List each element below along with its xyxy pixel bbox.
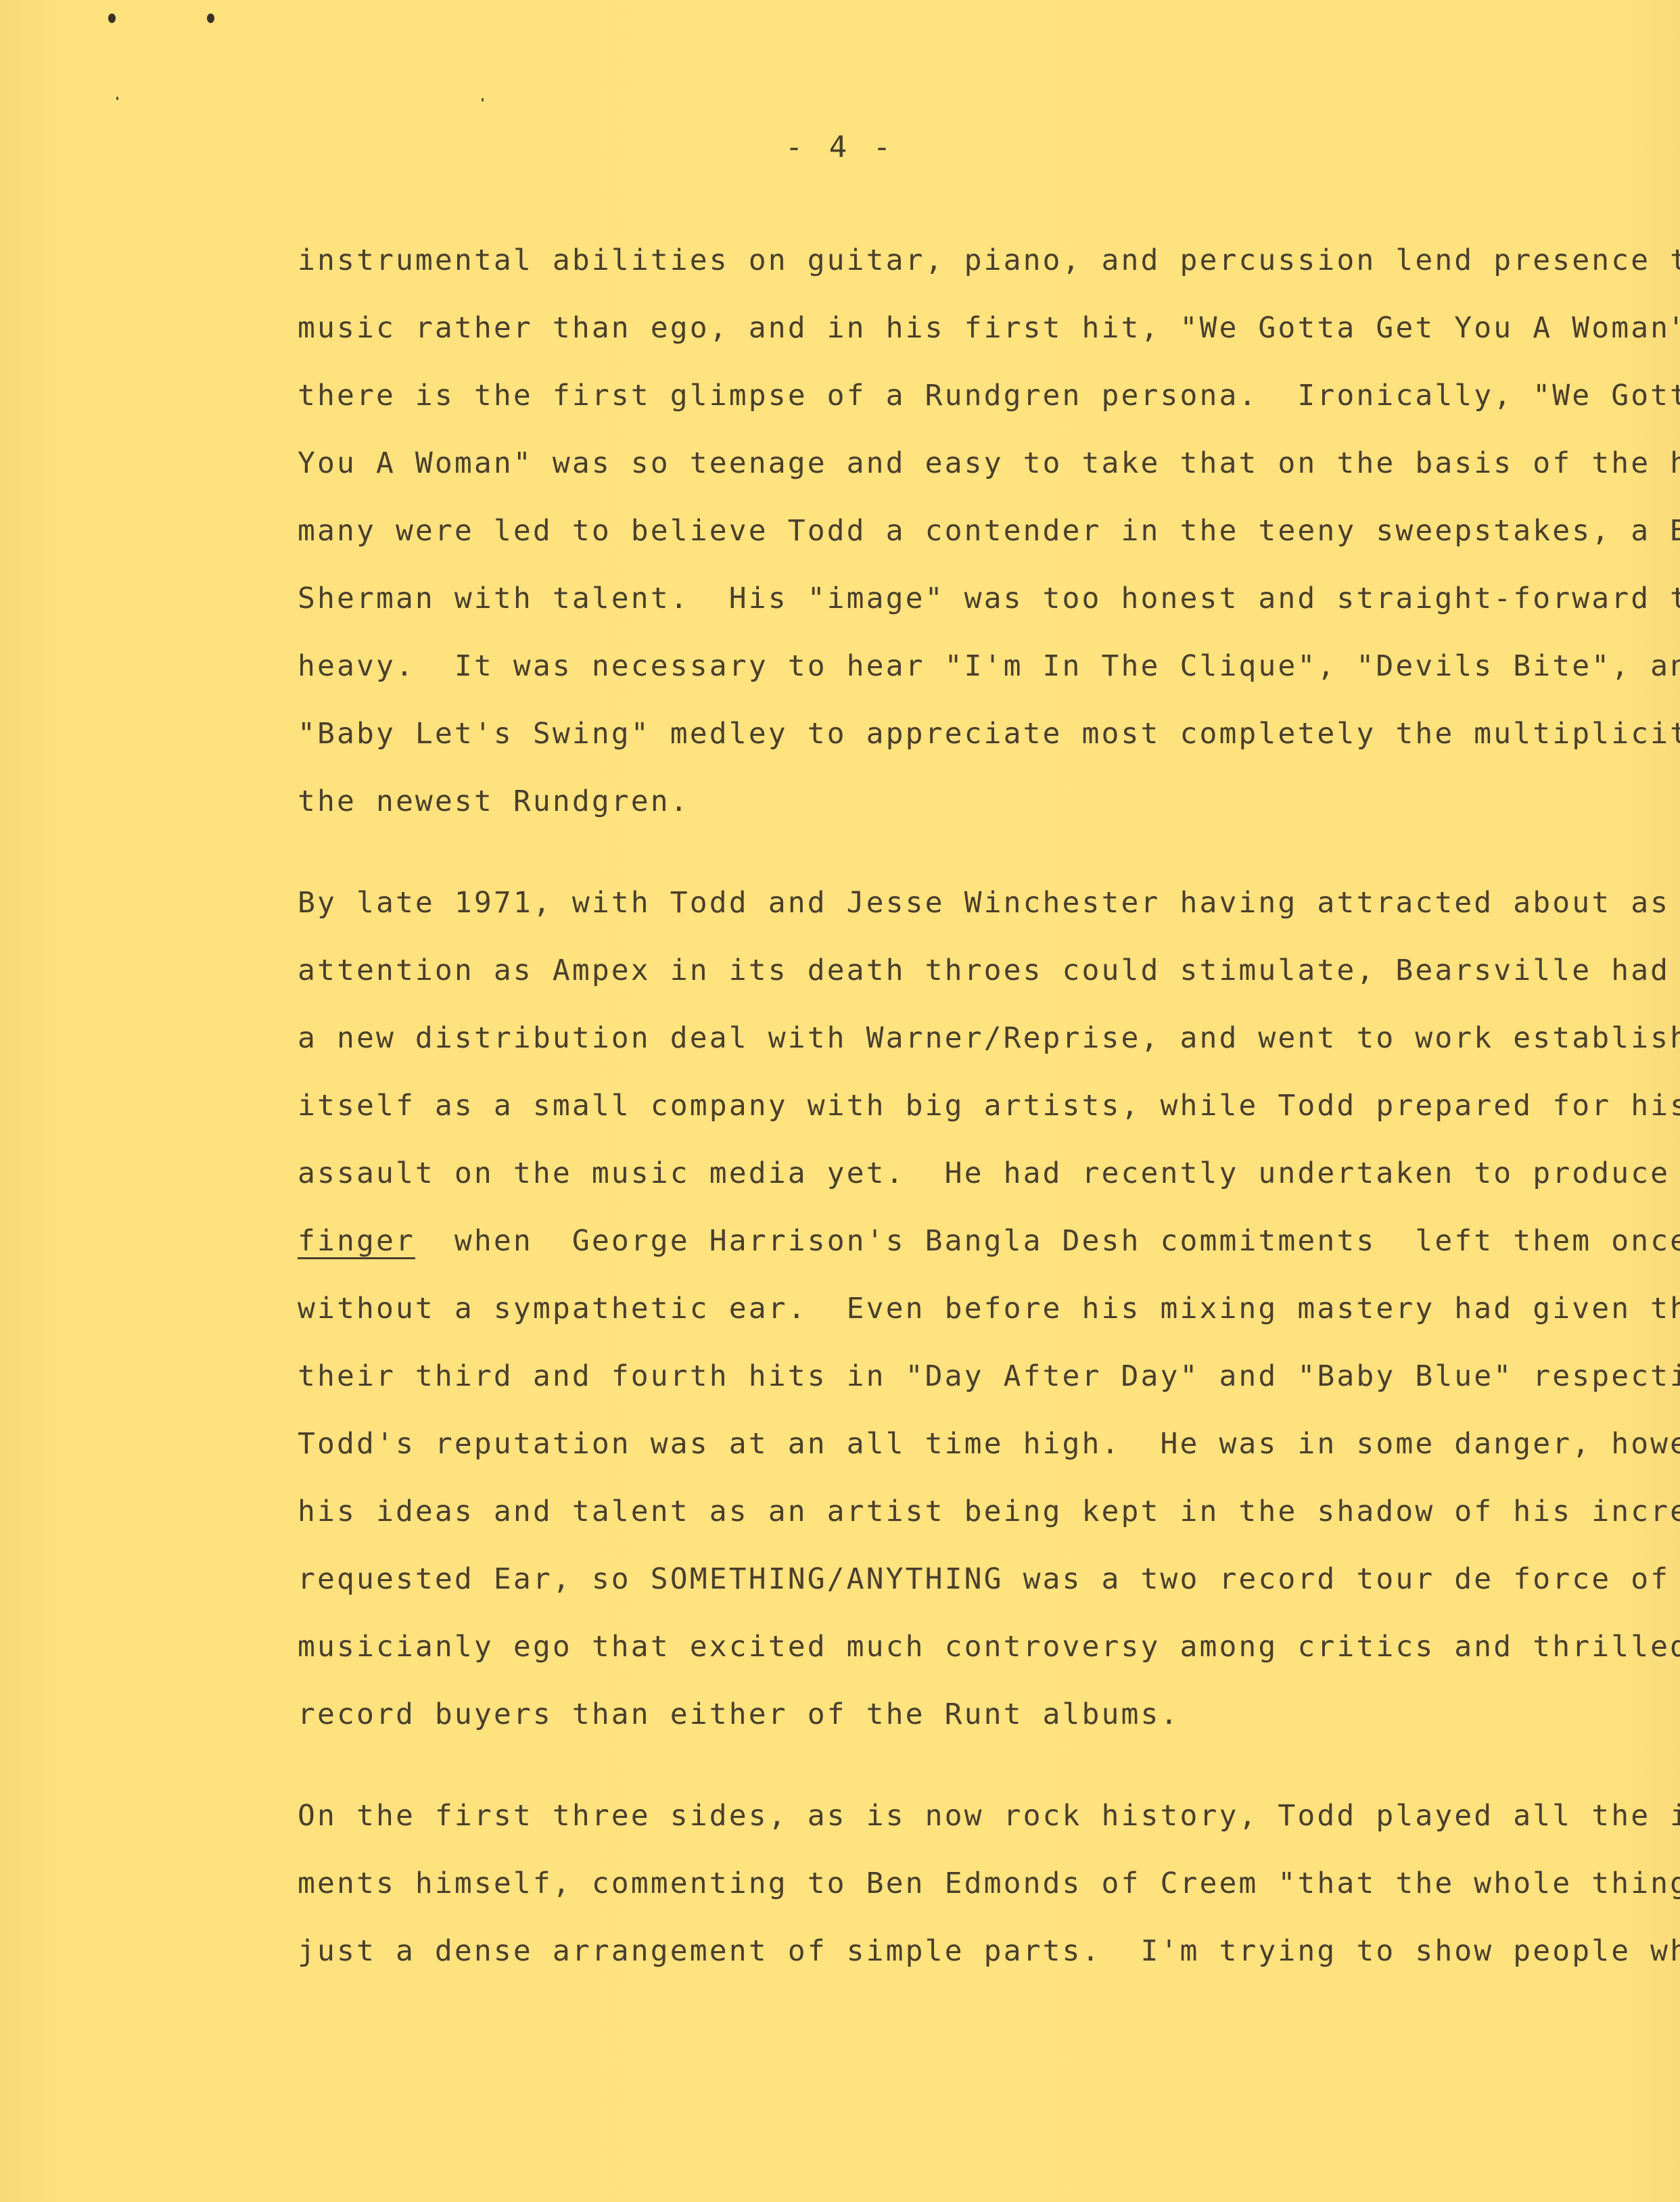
text-segment: his ideas and talent as an artist being … bbox=[298, 1495, 1680, 1528]
text-segment: instrumental abilities on guitar, piano,… bbox=[298, 243, 1680, 277]
punch-mark bbox=[207, 14, 214, 23]
text-segment: "Baby Let's Swing" medley to appreciate … bbox=[298, 717, 1680, 751]
text-line: On the first three sides, as is now rock… bbox=[298, 1782, 1650, 1850]
document-body: instrumental abilities on guitar, piano,… bbox=[298, 227, 1650, 2019]
text-line: the newest Rundgren. bbox=[298, 768, 1650, 835]
text-segment: ments himself, commenting to Ben Edmonds… bbox=[298, 1867, 1680, 1900]
text-segment: requested Ear, so SOMETHING/ANYTHING was… bbox=[298, 1562, 1670, 1596]
text-segment: attention as Ampex in its death throes c… bbox=[298, 954, 1680, 987]
text-line: musicianly ego that excited much controv… bbox=[298, 1613, 1650, 1681]
text-line: finger when George Harrison's Bangla Des… bbox=[298, 1207, 1650, 1275]
text-segment: Todd's reputation was at an all time hig… bbox=[298, 1427, 1680, 1461]
text-segment: the newest Rundgren. bbox=[298, 784, 690, 818]
paper-speck bbox=[116, 97, 118, 100]
underlined-text: finger bbox=[298, 1224, 415, 1258]
text-line: without a sympathetic ear. Even before h… bbox=[298, 1275, 1650, 1342]
text-line: just a dense arrangement of simple parts… bbox=[298, 1917, 1650, 1985]
text-line: a new distribution deal with Warner/Repr… bbox=[298, 1004, 1650, 1072]
text-segment: On the first three sides, as is now rock… bbox=[298, 1799, 1680, 1833]
paragraph: instrumental abilities on guitar, piano,… bbox=[298, 227, 1650, 835]
text-segment: their third and fourth hits in "Day Afte… bbox=[298, 1359, 1680, 1393]
text-segment: Sherman with talent. His "image" was too… bbox=[298, 582, 1680, 615]
text-segment: without a sympathetic ear. Even before h… bbox=[298, 1292, 1680, 1326]
paper-speck bbox=[482, 98, 484, 101]
text-segment: musicianly ego that excited much controv… bbox=[298, 1630, 1680, 1664]
paper-page: - 4 - instrumental abilities on guitar, … bbox=[0, 0, 1680, 2202]
text-line: their third and fourth hits in "Day Afte… bbox=[298, 1342, 1650, 1410]
text-segment: You A Woman" was so teenage and easy to … bbox=[298, 446, 1680, 480]
text-line: attention as Ampex in its death throes c… bbox=[298, 937, 1650, 1004]
text-line: there is the first glimpse of a Rundgren… bbox=[298, 362, 1650, 429]
page-number: - 4 - bbox=[0, 130, 1680, 164]
punch-mark bbox=[108, 14, 116, 23]
text-segment: there is the first glimpse of a Rundgren… bbox=[298, 379, 1680, 413]
text-line: instrumental abilities on guitar, piano,… bbox=[298, 227, 1650, 294]
text-line: "Baby Let's Swing" medley to appreciate … bbox=[298, 700, 1650, 768]
text-segment: music rather than ego, and in his first … bbox=[298, 311, 1680, 345]
text-segment: many were led to believe Todd a contende… bbox=[298, 514, 1680, 548]
text-segment: just a dense arrangement of simple parts… bbox=[298, 1934, 1680, 1968]
text-segment: itself as a small company with big artis… bbox=[298, 1089, 1680, 1123]
text-line: ments himself, commenting to Ben Edmonds… bbox=[298, 1850, 1650, 1917]
text-line: assault on the music media yet. He had r… bbox=[298, 1140, 1650, 1207]
text-segment: heavy. It was necessary to hear "I'm In … bbox=[298, 649, 1680, 683]
text-segment: By late 1971, with Todd and Jesse Winche… bbox=[298, 886, 1680, 920]
paragraph: By late 1971, with Todd and Jesse Winche… bbox=[298, 869, 1650, 1748]
text-line: requested Ear, so SOMETHING/ANYTHING was… bbox=[298, 1545, 1650, 1613]
text-line: record buyers than either of the Runt al… bbox=[298, 1681, 1650, 1748]
text-segment: record buyers than either of the Runt al… bbox=[298, 1697, 1180, 1731]
paragraph: On the first three sides, as is now rock… bbox=[298, 1782, 1650, 1985]
text-line: You A Woman" was so teenage and easy to … bbox=[298, 429, 1650, 497]
text-segment: when George Harrison's Bangla Desh commi… bbox=[415, 1224, 1680, 1258]
text-segment: a new distribution deal with Warner/Repr… bbox=[298, 1021, 1680, 1055]
text-line: Todd's reputation was at an all time hig… bbox=[298, 1410, 1650, 1478]
text-line: music rather than ego, and in his first … bbox=[298, 294, 1650, 362]
text-line: his ideas and talent as an artist being … bbox=[298, 1478, 1650, 1545]
text-line: many were led to believe Todd a contende… bbox=[298, 497, 1650, 565]
text-line: By late 1971, with Todd and Jesse Winche… bbox=[298, 869, 1650, 937]
text-segment: assault on the music media yet. He had r… bbox=[298, 1156, 1680, 1190]
text-line: Sherman with talent. His "image" was too… bbox=[298, 565, 1650, 632]
text-line: itself as a small company with big artis… bbox=[298, 1072, 1650, 1140]
text-line: heavy. It was necessary to hear "I'm In … bbox=[298, 632, 1650, 700]
